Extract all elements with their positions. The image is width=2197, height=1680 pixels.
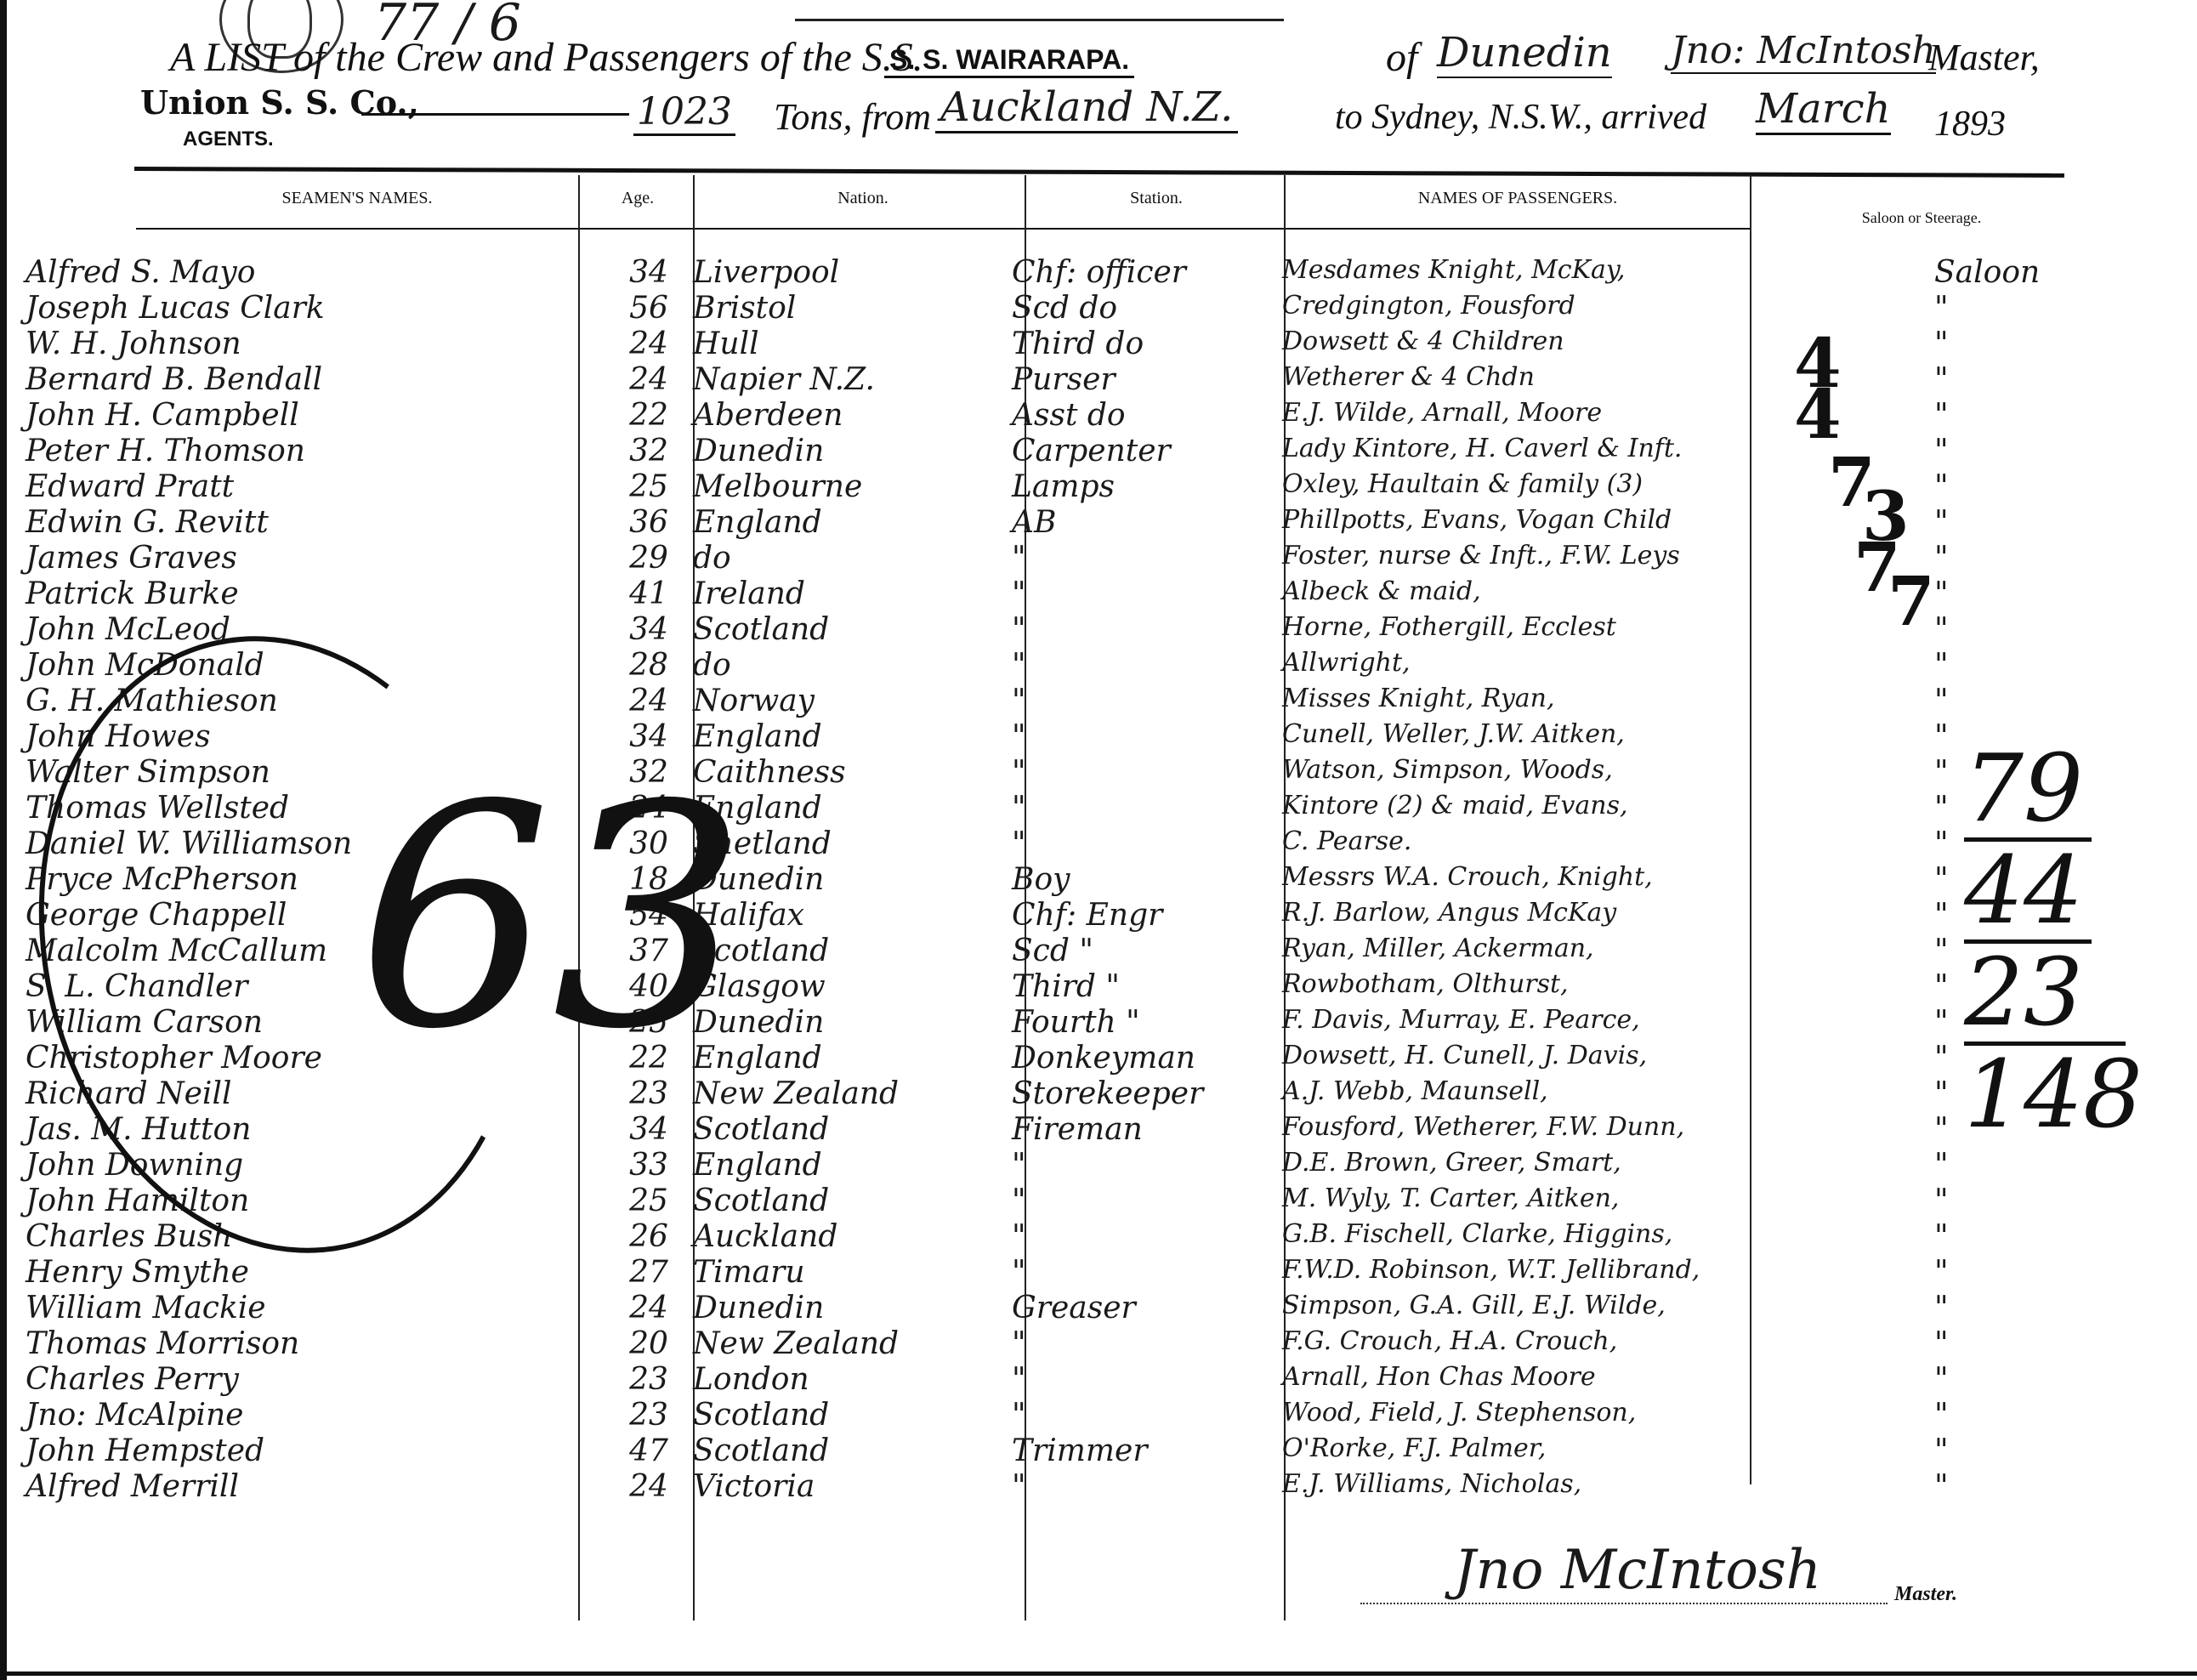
station: "	[1012, 612, 1026, 647]
document-title: A LIST of the Crew and Passengers of the…	[170, 34, 923, 81]
table-row: Edward Pratt25MelbourneLampsOxley, Hault…	[0, 469, 2126, 505]
nation: Dunedin	[693, 1291, 824, 1325]
nation: Scotland	[693, 1398, 829, 1433]
table-row: Thomas Morrison20New Zealand"F.G. Crouch…	[0, 1326, 2126, 1362]
passenger-names: Wetherer & 4 Chdn	[1282, 362, 1535, 392]
age: 25	[610, 469, 687, 504]
age: 24	[610, 684, 687, 718]
passenger-names: Allwright,	[1282, 648, 1411, 678]
age: 25	[610, 1183, 687, 1218]
seaman-name: Charles Bush	[26, 1219, 232, 1254]
passenger-names: Mesdames Knight, McKay,	[1282, 255, 1625, 285]
saloon-or-steerage: "	[1934, 505, 1949, 540]
total-saloon: 79	[1964, 740, 2126, 837]
tonnage: 1023	[633, 90, 735, 136]
table-row: James Graves29do"Foster, nurse & Inft., …	[0, 541, 2126, 576]
passenger-names: Lady Kintore, H. Caverl & Inft.	[1282, 434, 1682, 463]
passenger-names: D.E. Brown, Greer, Smart,	[1282, 1148, 1621, 1178]
saloon-or-steerage: "	[1934, 1362, 1949, 1397]
table-row: Joseph Lucas Clark56BristolScd doCredgin…	[0, 291, 2126, 326]
seaman-name: W. H. Johnson	[26, 326, 241, 361]
signature-line	[1360, 1603, 1888, 1604]
saloon-or-steerage: "	[1934, 541, 1949, 576]
saloon-or-steerage: "	[1934, 1183, 1949, 1218]
seaman-name: John McLeod	[26, 612, 230, 647]
tally-mark: 7	[1888, 561, 1935, 641]
passenger-names: Messrs W.A. Crouch, Knight,	[1282, 862, 1653, 892]
passenger-names: Dowsett & 4 Children	[1282, 326, 1564, 356]
master-signature: Jno McIntosh	[1454, 1539, 1821, 1602]
passenger-names: F. Davis, Murray, E. Pearce,	[1282, 1005, 1640, 1035]
col-header-passengers: NAMES OF PASSENGERS.	[1288, 189, 1747, 208]
saloon-or-steerage: "	[1934, 719, 1949, 754]
passenger-names: Ryan, Miller, Ackerman,	[1282, 934, 1594, 963]
col-header-seamen: SEAMEN'S NAMES.	[136, 189, 578, 208]
saloon-or-steerage: "	[1934, 1398, 1949, 1433]
station: Greaser	[1012, 1291, 1136, 1325]
saloon-or-steerage: "	[1934, 898, 1949, 933]
seaman-name: Alfred Merrill	[26, 1469, 239, 1504]
departure-port: Auckland N.Z.	[935, 83, 1238, 133]
saloon-or-steerage: "	[1934, 1112, 1949, 1147]
nation: Hull	[693, 326, 759, 361]
passenger-names: Phillpotts, Evans, Vogan Child	[1282, 505, 1672, 535]
station: Fourth "	[1012, 1005, 1140, 1040]
station: Scd "	[1012, 934, 1093, 968]
station: "	[1012, 1362, 1026, 1397]
nation: Liverpool	[693, 255, 839, 290]
saloon-or-steerage: "	[1934, 1041, 1949, 1076]
age: 29	[610, 541, 687, 576]
saloon-or-steerage: "	[1934, 291, 1949, 326]
table-row: Alfred S. Mayo34LiverpoolChf: officerMes…	[0, 255, 2126, 291]
age: 56	[610, 291, 687, 326]
passenger-names: Albeck & maid,	[1282, 576, 1481, 606]
saloon-or-steerage: "	[1934, 1005, 1949, 1040]
age: 24	[610, 362, 687, 397]
station: "	[1012, 1398, 1026, 1433]
saloon-or-steerage: "	[1934, 434, 1949, 468]
nation: New Zealand	[693, 1326, 899, 1361]
nation: London	[693, 1362, 809, 1397]
table-row: Henry Smythe27Timaru"F.W.D. Robinson, W.…	[0, 1255, 2126, 1291]
nation: Aberdeen	[693, 398, 843, 433]
station: Asst do	[1012, 398, 1126, 433]
saloon-or-steerage: "	[1934, 326, 1949, 361]
age: 47	[610, 1433, 687, 1468]
age: 34	[610, 255, 687, 290]
nation: Scotland	[693, 1433, 829, 1468]
col-header-station: Station.	[1029, 189, 1284, 208]
age: 23	[610, 1362, 687, 1397]
saloon-or-steerage: "	[1934, 1255, 1949, 1290]
circled-number: 63	[357, 765, 747, 1071]
col-header-nation: Nation.	[701, 189, 1025, 208]
age: 32	[610, 434, 687, 468]
bottom-rule	[0, 1671, 2197, 1676]
station: "	[1012, 684, 1026, 718]
saloon-or-steerage: "	[1934, 862, 1949, 897]
total-third: 23	[1964, 939, 2092, 1041]
agent-name: Union S. S. Co.,	[140, 83, 419, 122]
nation: England	[693, 1148, 822, 1183]
master-label: Master,	[1928, 36, 2040, 79]
saloon-or-steerage: "	[1934, 1148, 1949, 1183]
station: Purser	[1012, 362, 1116, 397]
passenger-names: Dowsett, H. Cunell, J. Davis,	[1282, 1041, 1647, 1070]
passenger-names: E.J. Wilde, Arnall, Moore	[1282, 398, 1602, 428]
passenger-names: Wood, Field, J. Stephenson,	[1282, 1398, 1636, 1427]
passenger-names: Simpson, G.A. Gill, E.J. Wilde,	[1282, 1291, 1666, 1320]
saloon-or-steerage: "	[1934, 469, 1949, 504]
age: 24	[610, 326, 687, 361]
saloon-or-steerage: "	[1934, 648, 1949, 683]
tons-label: Tons, from	[774, 95, 931, 139]
master-name: Jno: McIntosh	[1671, 29, 1936, 74]
age: 24	[610, 1469, 687, 1504]
nation: do	[693, 648, 731, 683]
passenger-names: Fousford, Wetherer, F.W. Dunn,	[1282, 1112, 1684, 1142]
saloon-or-steerage: "	[1934, 1076, 1949, 1111]
nation: Timaru	[693, 1255, 805, 1290]
saloon-or-steerage: "	[1934, 826, 1949, 861]
saloon-or-steerage: "	[1934, 1326, 1949, 1361]
saloon-or-steerage: "	[1934, 1469, 1949, 1504]
top-rule	[795, 19, 1284, 21]
nation: Dunedin	[693, 434, 824, 468]
seaman-name: Alfred S. Mayo	[26, 255, 255, 290]
age: 24	[610, 1291, 687, 1325]
nation: Victoria	[693, 1469, 815, 1504]
station: Chf: officer	[1012, 255, 1186, 290]
station: Chf: Engr	[1012, 898, 1162, 933]
nation: England	[693, 505, 822, 540]
seaman-name: Edwin G. Revitt	[26, 505, 269, 540]
col-header-class: Saloon or Steerage.	[1751, 209, 2092, 227]
age: 22	[610, 398, 687, 433]
age: 28	[610, 648, 687, 683]
passenger-names: Credgington, Fousford	[1282, 291, 1575, 321]
seaman-name: Jno: McAlpine	[26, 1398, 243, 1433]
ship-name: S. S. WAIRARAPA.	[884, 44, 1134, 78]
passenger-names: Misses Knight, Ryan,	[1282, 684, 1555, 713]
nation: Scotland	[693, 1112, 829, 1147]
passenger-totals: 79 44 23 148	[1964, 740, 2126, 1144]
station: "	[1012, 576, 1026, 611]
age: 41	[610, 576, 687, 611]
table-top-rule	[134, 167, 2064, 178]
agents-label: AGENTS.	[183, 128, 274, 151]
seaman-name: John Hempsted	[26, 1433, 264, 1468]
saloon-or-steerage: "	[1934, 934, 1949, 968]
seaman-name: Henry Smythe	[26, 1255, 249, 1290]
saloon-or-steerage: "	[1934, 1291, 1949, 1325]
station: Third do	[1012, 326, 1144, 361]
age: 20	[610, 1326, 687, 1361]
agent-rule	[361, 113, 629, 116]
table-header-rule	[136, 228, 1751, 230]
seaman-name: Edward Pratt	[26, 469, 234, 504]
total-second: 44	[1964, 837, 2092, 939]
age: 36	[610, 505, 687, 540]
passenger-names: Rowbotham, Olthurst,	[1282, 969, 1569, 999]
nation: Scotland	[693, 612, 829, 647]
station: "	[1012, 1255, 1026, 1290]
arrival-month: March	[1756, 85, 1891, 135]
station: "	[1012, 826, 1026, 861]
table-row: Edwin G. Revitt36EnglandABPhillpotts, Ev…	[0, 505, 2126, 541]
station: "	[1012, 1326, 1026, 1361]
passenger-names: F.G. Crouch, H.A. Crouch,	[1282, 1326, 1617, 1356]
saloon-or-steerage: "	[1934, 576, 1949, 611]
destination-label: to Sydney, N.S.W., arrived	[1335, 97, 1706, 138]
col-header-age: Age.	[587, 189, 689, 208]
seaman-name: William Mackie	[26, 1291, 266, 1325]
passenger-names: Watson, Simpson, Woods,	[1282, 755, 1613, 785]
nation: Scotland	[693, 1183, 829, 1218]
station: Carpenter	[1012, 434, 1171, 468]
saloon-or-steerage: "	[1934, 1219, 1949, 1254]
station: "	[1012, 719, 1026, 754]
port-label: of	[1386, 34, 1417, 81]
table-row: Jno: McAlpine23Scotland"Wood, Field, J. …	[0, 1398, 2126, 1433]
nation: do	[693, 541, 731, 576]
seaman-name: John H. Campbell	[26, 398, 299, 433]
station: Lamps	[1012, 469, 1115, 504]
station: "	[1012, 541, 1026, 576]
passenger-names: Arnall, Hon Chas Moore	[1282, 1362, 1596, 1392]
station: Donkeyman	[1012, 1041, 1195, 1076]
age: 34	[610, 1112, 687, 1147]
passenger-names: A.J. Webb, Maunsell,	[1282, 1076, 1548, 1106]
passenger-names: C. Pearse.	[1282, 826, 1411, 856]
saloon-or-steerage: "	[1934, 969, 1949, 1004]
nation: Napier N.Z.	[693, 362, 875, 397]
station: "	[1012, 755, 1026, 790]
seaman-name: Thomas Morrison	[26, 1326, 299, 1361]
station: Trimmer	[1012, 1433, 1148, 1468]
saloon-or-steerage: "	[1934, 398, 1949, 433]
table-row: John McLeod34Scotland"Horne, Fothergill,…	[0, 612, 2126, 648]
passenger-names: R.J. Barlow, Angus McKay	[1282, 898, 1616, 928]
passenger-names: O'Rorke, F.J. Palmer,	[1282, 1433, 1546, 1463]
nation: Norway	[693, 684, 815, 718]
passenger-names: F.W.D. Robinson, W.T. Jellibrand,	[1282, 1255, 1700, 1285]
table-row: John Hempsted47ScotlandTrimmerO'Rorke, F…	[0, 1433, 2126, 1469]
age: 34	[610, 612, 687, 647]
age: 23	[610, 1398, 687, 1433]
passenger-names: Kintore (2) & maid, Evans,	[1282, 791, 1628, 820]
nation: Melbourne	[693, 469, 862, 504]
saloon-or-steerage: "	[1934, 1433, 1949, 1468]
station: "	[1012, 1469, 1026, 1504]
seaman-name: Patrick Burke	[26, 576, 239, 611]
passenger-names: M. Wyly, T. Carter, Aitken,	[1282, 1183, 1619, 1213]
nation: Ireland	[693, 576, 805, 611]
seaman-name: Bernard B. Bendall	[26, 362, 322, 397]
saloon-or-steerage: Saloon	[1934, 255, 2040, 290]
age: 27	[610, 1255, 687, 1290]
passenger-names: Cunell, Weller, J.W. Aitken,	[1282, 719, 1625, 749]
table-row: Charles Perry23London"Arnall, Hon Chas M…	[0, 1362, 2126, 1398]
station: Storekeeper	[1012, 1076, 1203, 1111]
passenger-names: Foster, nurse & Inft., F.W. Leys	[1282, 541, 1680, 570]
passenger-names: E.J. Williams, Nicholas,	[1282, 1469, 1581, 1499]
passenger-names: G.B. Fischell, Clarke, Higgins,	[1282, 1219, 1672, 1249]
seaman-name: Charles Perry	[26, 1362, 239, 1397]
saloon-or-steerage: "	[1934, 755, 1949, 790]
station: Third "	[1012, 969, 1120, 1004]
station: "	[1012, 648, 1026, 683]
port-of-registry: Dunedin	[1437, 29, 1612, 78]
saloon-or-steerage: "	[1934, 684, 1949, 718]
nation: Auckland	[693, 1219, 837, 1254]
seaman-name: James Graves	[26, 541, 237, 576]
seaman-name: Joseph Lucas Clark	[26, 291, 325, 326]
nation: Bristol	[693, 291, 796, 326]
table-row: Patrick Burke41Ireland"Albeck & maid,"	[0, 576, 2126, 612]
passenger-names: Oxley, Haultain & family (3)	[1282, 469, 1643, 499]
station: "	[1012, 1148, 1026, 1183]
age: 26	[610, 1219, 687, 1254]
station: Scd do	[1012, 291, 1117, 326]
passenger-names: Horne, Fothergill, Ecclest	[1282, 612, 1616, 642]
total-grand: 148	[1964, 1041, 2126, 1144]
station: "	[1012, 791, 1026, 826]
arrival-year: 1893	[1934, 104, 2006, 145]
station: "	[1012, 1183, 1026, 1218]
age: 33	[610, 1148, 687, 1183]
saloon-or-steerage: "	[1934, 791, 1949, 826]
station: "	[1012, 1219, 1026, 1254]
saloon-or-steerage: "	[1934, 612, 1949, 647]
seaman-name: Peter H. Thomson	[26, 434, 305, 468]
table-row: Alfred Merrill24Victoria"E.J. Williams, …	[0, 1469, 2126, 1505]
station: AB	[1012, 505, 1056, 540]
saloon-or-steerage: "	[1934, 362, 1949, 397]
station: Boy	[1012, 862, 1070, 897]
station: Fireman	[1012, 1112, 1143, 1147]
table-row: William Mackie24DunedinGreaserSimpson, G…	[0, 1291, 2126, 1326]
signature-master-label: Master.	[1894, 1583, 1957, 1606]
